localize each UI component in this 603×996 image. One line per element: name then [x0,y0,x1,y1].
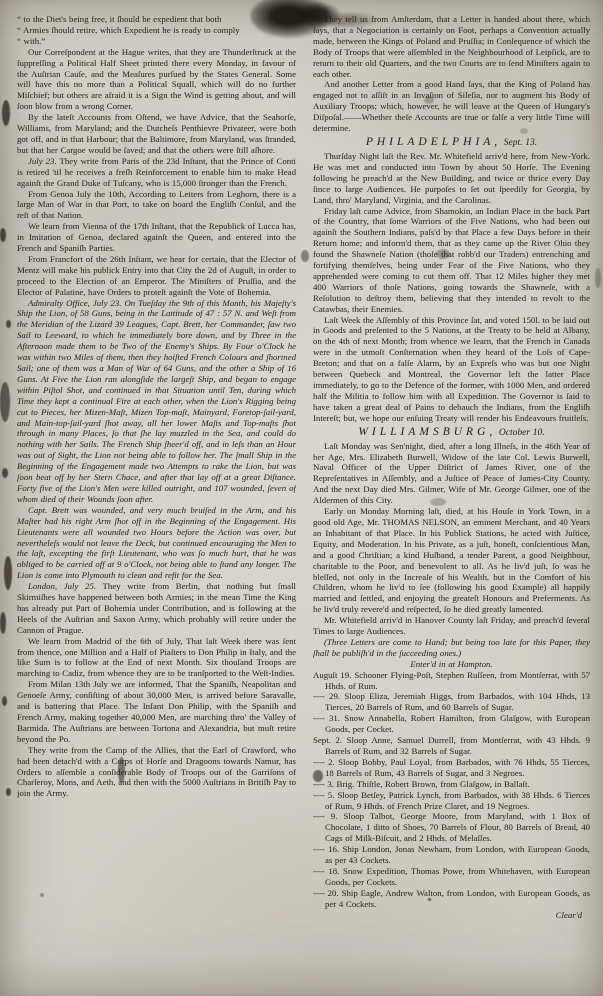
right-column: They tell us from Amſterdam, that a Lett… [313,14,590,990]
obituary-paragraph: Early on Monday Morning laſt, died, at h… [313,506,590,615]
ink-speck [430,498,446,506]
shipping-entry: ---- 5. Sloop Betſey, Patrick Lynch, fro… [313,790,590,812]
news-paragraph: We learn from Vienna of the 17th Inſtant… [17,221,296,254]
williamsburg-dateline: WILLIAMSBURG, October 10. [313,425,590,440]
shipping-entry: ---- 2. Sloop Bobby, Paul Loyal, from Ba… [313,757,590,779]
news-paragraph: Friday laſt came Advice, from Shamokin, … [313,206,590,315]
shipping-entry: ---- 9. Sloop Talbot, George Moore, from… [313,811,590,844]
ink-speck [520,128,528,134]
entered-at-hampton-heading: Enter'd in at Hampton. [313,659,590,670]
ink-speck [0,228,6,242]
obituary-paragraph: Laſt Monday was Sen'night, died, after a… [313,441,590,506]
newspaper-page: “ to the Diet's being free, it ſhould be… [0,0,603,996]
dateline-lead: London, July 25. [28,581,96,591]
news-paragraph: July 23. They write from Paris of the 23… [17,156,296,189]
ink-speck [428,898,431,901]
ink-speck [301,250,309,262]
news-paragraph: They write from the Camp of the Allies, … [17,745,296,800]
ink-speck [424,96,434,104]
philadelphia-dateline: PHILADELPHIA, Sept. 13. [313,135,590,150]
shipping-entry: ---- 29. Sloop Eliza, Jeremiah Higgs, fr… [313,691,590,713]
news-paragraph: By the lateſt Accounts from Oſtend, we h… [17,112,296,156]
news-paragraph: We learn from Madrid of the 6th of July,… [17,636,296,680]
ink-speck [0,382,10,422]
shipping-entry: ---- 31. Snow Annabella, Robert Hamilton… [313,713,590,735]
quoted-line: “ with.” [17,36,296,47]
ink-blot [322,12,378,28]
ink-speck [313,770,323,782]
admiralty-office-paragraph: Admiralty Office, July 23. On Tueſday th… [17,298,296,505]
left-column: “ to the Diet's being free, it ſhould be… [17,14,296,986]
dateline-lead: Admiralty Office, July 23. [28,298,121,308]
news-paragraph: Thurſday Night laſt the Rev. Mr. Whitefi… [313,151,590,206]
capt-brett-paragraph: Capt. Brett was wounded, and very much b… [17,505,296,581]
shipping-entry: Sept. 2. Sloop Anne, Samuel Durrell, fro… [313,735,590,757]
shipping-entry: ---- 3. Brig. Thiſtle, Robert Brown, fro… [313,779,590,790]
shipping-entry: ---- 16. Ship London, Jonas Newham, from… [313,844,590,866]
news-paragraph: From Francfort of the 26th Inſtant, we h… [17,254,296,298]
ink-speck [40,893,44,897]
ink-speck [0,612,6,634]
ink-speck [436,249,450,259]
catchword-cleared: Clear'd [313,910,590,921]
ink-speck [118,757,125,783]
ink-speck [2,468,8,478]
news-paragraph: Our Correſpondent at the Hague writes, t… [17,47,296,112]
shipping-entry: ---- 20. Ship Eagle, Andrew Walton, from… [313,888,590,910]
shipping-entry: Auguſt 19. Schooner Flying-Poſt, Stephen… [313,670,590,692]
news-paragraph: From Genoa July the 10th, According to L… [17,189,296,222]
news-paragraph: London, July 25. They write from Berlin,… [17,581,296,636]
ink-speck [6,788,11,796]
news-paragraph: And another Letter from a good Hand ſays… [313,79,590,134]
news-paragraph: From Milan 13th July we are informed, Th… [17,679,296,744]
news-paragraph: Laſt Week the Aſſembly of this Province … [313,315,590,424]
dateline-lead: July 23. [28,156,57,166]
ink-speck [595,268,601,288]
ink-speck [6,320,11,328]
ink-speck [2,100,10,126]
news-paragraph: Mr. Whitefield arriv'd in Hanover County… [313,615,590,637]
ink-speck [4,556,12,590]
shipping-entry: ---- 18. Snow Expedition, Thomas Powe, f… [313,866,590,888]
late-letters-note: (Three Letters are come to Hand; but bei… [313,637,590,659]
ink-speck [2,696,7,706]
